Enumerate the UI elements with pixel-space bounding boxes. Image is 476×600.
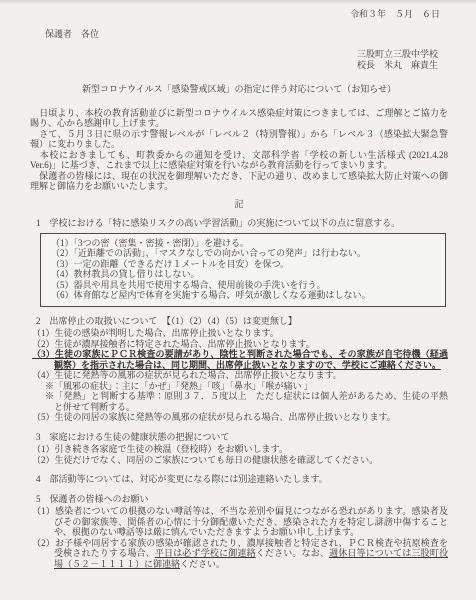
intro-paragraph: さて、５月３日に県の示す警報レベルが「レベル２（特別警報）」から「レベル３（感染… xyxy=(30,129,448,150)
contact-text: ください。なお、 xyxy=(256,548,329,558)
fever-criteria-note: ※「発熱」と判断する基準：原則３７．５度以上 ただし症状には個人差があるため、生… xyxy=(45,391,448,412)
document-title: 新型コロナウイルス「感染警戒区域」の指定に伴う対応について（お知らせ） xyxy=(30,84,448,95)
health-check-item: （2）生徒だけでなく、同居のご家族についても毎日の健康状態を確認してください。 xyxy=(32,455,448,466)
attendance-item: （1）生徒の感染が判明した場合、出席停止扱いとなります。 xyxy=(32,328,448,339)
guideline-item: （6）体育館など屋内で体育を実施する場合、呼気が激しくなる運動はしない。 xyxy=(51,290,437,301)
section-1-heading: 1 学校における「特に感染リスクの高い学習活動」の実施について以下の点に留意する… xyxy=(36,218,448,229)
intro-paragraph: 日頃より、本校の教育活動並びに新型コロナウイルス感染症対策につきましては、ご理解… xyxy=(30,108,448,129)
guideline-item: （4）教材教具の貸し借りはしない。 xyxy=(51,269,437,280)
record-mark: 記 xyxy=(30,199,448,210)
school-name: 三股町立三股中学校 xyxy=(30,49,438,60)
intro-paragraph: 本校におきましても、町教委からの通知を受け、文部科学省「学校の新しい生活様式 (… xyxy=(30,150,448,171)
section-3-items: （1）引き続き各家庭で生徒の検温（登校時）をお願いします。 （2）生徒だけでなく… xyxy=(32,444,448,465)
guideline-item: （5）器具や用具を共用で使用する場合、使用前後の手洗いを行う。 xyxy=(51,280,437,291)
addressee: 保護者 各位 xyxy=(45,29,448,40)
section-5-heading: 5 保護者の皆様へのお願い xyxy=(36,494,448,505)
weekday-contact-underlined: 平日は必ず学校に御連絡 xyxy=(155,548,256,558)
principal-name: 校長 米丸 麻貴生 xyxy=(30,60,438,71)
sender-block: 三股町立三股中学校 校長 米丸 麻貴生 xyxy=(30,49,448,70)
guideline-item: （3）一定の距離（できるだけ１メートルを目安）を保つ。 xyxy=(51,259,437,270)
attendance-item: （2）生徒が濃厚接触者に特定された場合、出席停止扱いとなります。 xyxy=(32,339,448,350)
attendance-item: （5）生徒の同居の家族に発熱等の風邪の症状が見られる場合、出席停止扱いとなります… xyxy=(32,412,448,423)
section-2-heading: 2 出席停止の取扱いについて 【（1）（2）（4）（5）は変更無し】 xyxy=(36,316,448,327)
health-check-item: （1）引き続き各家庭で生徒の検温（登校時）をお願いします。 xyxy=(32,444,448,455)
guideline-item: （1）「3つの密（密集・密接・密閉）」を避ける。 xyxy=(51,238,437,249)
section-5-items: （1）感染者についての根拠のない噂話等は、不当な差別や偏見につながる恐れがありま… xyxy=(32,506,448,569)
section-2-items: （1）生徒の感染が判明した場合、出席停止扱いとなります。 （2）生徒が濃厚接触者… xyxy=(32,328,448,423)
intro-paragraph: 保護者の皆様には、現在の状況を御理解いただき、下記の通り、改めまして感染拡大防止… xyxy=(30,171,448,192)
section-4-heading: 4 部活動等については、対応が変更になる際には別途連絡いたします。 xyxy=(36,474,448,485)
guideline-item: （2）「近距離での活動」、「マスクなしでの向かい合っての発声」は行わない。 xyxy=(51,248,437,259)
scanned-notice-document: { "page": { "background_color": "#f1efeb… xyxy=(0,0,476,600)
request-item: （1）感染者についての根拠のない噂話等は、不当な差別や偏見につながる恐れがありま… xyxy=(32,506,448,538)
intro-paragraphs: 日頃より、本校の教育活動並びに新型コロナウイルス感染症対策につきましては、ご理解… xyxy=(30,108,448,192)
contact-instruction-item: （2）お子様や同居する家族の感染が確認されたり、濃厚接触者と特定され、ＰＣＲ検査… xyxy=(32,538,448,570)
date-line: 令和３年 ５月 ６日 xyxy=(30,9,448,20)
attendance-item: （4）生徒に発熱等の風邪の症状が見られた場合、出席停止扱いとなります。 xyxy=(32,370,448,381)
cold-symptoms-note: ※「風邪の症状」：主に「かぜ」「発熱」「咳」「鼻水」「喉が痛い 」 xyxy=(45,381,448,392)
section-3-heading: 3 家庭における生徒の健康状態の把握について xyxy=(36,432,448,443)
guideline-box: （1）「3つの密（密集・密接・密閉）」を避ける。 （2）「近距離での活動」、「マ… xyxy=(40,233,446,307)
attendance-item-emphasized: （3）生徒の家族にＰＣＲ検査の要請があり、陰性と判断された場合でも、その家族が自… xyxy=(32,349,448,370)
document-page: 令和３年 ５月 ６日 保護者 各位 三股町立三股中学校 校長 米丸 麻貴生 新型… xyxy=(0,0,476,569)
contact-text: ください。 xyxy=(180,559,225,569)
